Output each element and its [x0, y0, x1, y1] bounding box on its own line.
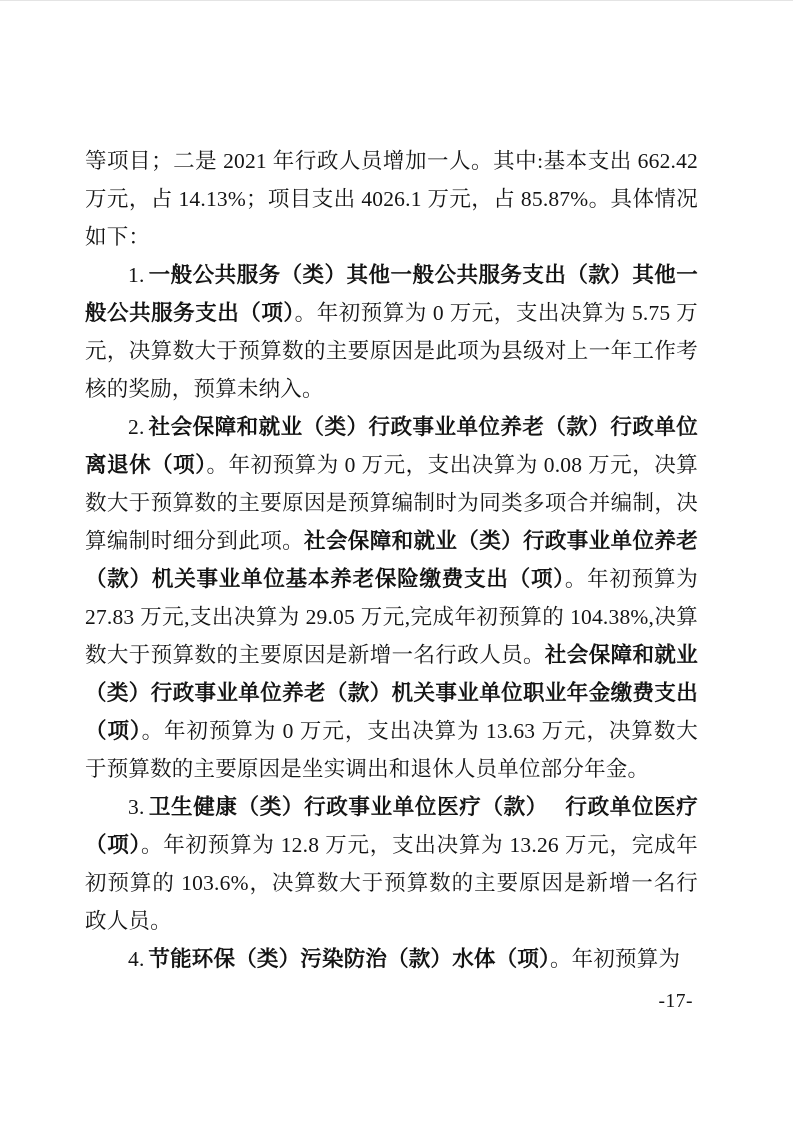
item-2-body-3: 。年初预算为 0 万元，支出决算为 13.63 万元，决算数大于预算数的主要原因…: [85, 719, 698, 781]
item-4-number: 4.: [128, 947, 145, 971]
document-body: 等项目；二是 2021 年行政人员增加一人。其中:基本支出 662.42 万元，…: [85, 142, 698, 978]
document-page: 等项目；二是 2021 年行政人员增加一人。其中:基本支出 662.42 万元，…: [0, 0, 793, 1122]
item-1-number: 1.: [128, 263, 145, 287]
page-number: -17-: [659, 991, 694, 1013]
item-2-number: 2.: [128, 415, 145, 439]
paragraph-item-2: 2.社会保障和就业（类）行政事业单位养老（款）行政单位离退休（项）。年初预算为 …: [85, 408, 698, 788]
intro-text: 等项目；二是 2021 年行政人员增加一人。其中:基本支出 662.42 万元，…: [85, 149, 698, 249]
paragraph-intro: 等项目；二是 2021 年行政人员增加一人。其中:基本支出 662.42 万元，…: [85, 142, 698, 256]
item-3-body: 。年初预算为 12.8 万元，支出决算为 13.26 万元，完成年初预算的 10…: [85, 833, 698, 933]
item-3-number: 3.: [128, 795, 145, 819]
paragraph-item-3: 3.卫生健康（类）行政事业单位医疗（款） 行政单位医疗（项）。年初预算为 12.…: [85, 788, 698, 940]
paragraph-item-4: 4.节能环保（类）污染防治（款）水体（项）。年初预算为: [85, 940, 698, 978]
item-4-heading: 节能环保（类）污染防治（款）水体（项）: [148, 947, 550, 971]
item-4-body: 。年初预算为: [550, 947, 680, 971]
paragraph-item-1: 1.一般公共服务（类）其他一般公共服务支出（款）其他一般公共服务支出（项）。年初…: [85, 256, 698, 408]
